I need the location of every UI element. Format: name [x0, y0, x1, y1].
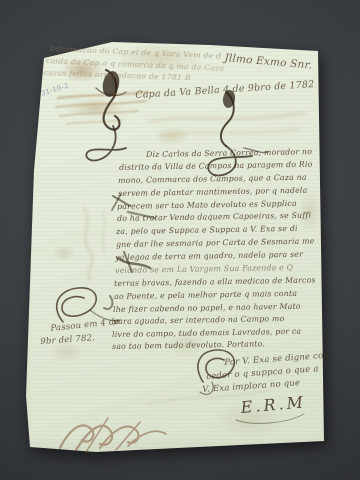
photograph-of-manuscript: 31-10-2 Informacao do Cap.el de q Vara V… [0, 0, 360, 480]
